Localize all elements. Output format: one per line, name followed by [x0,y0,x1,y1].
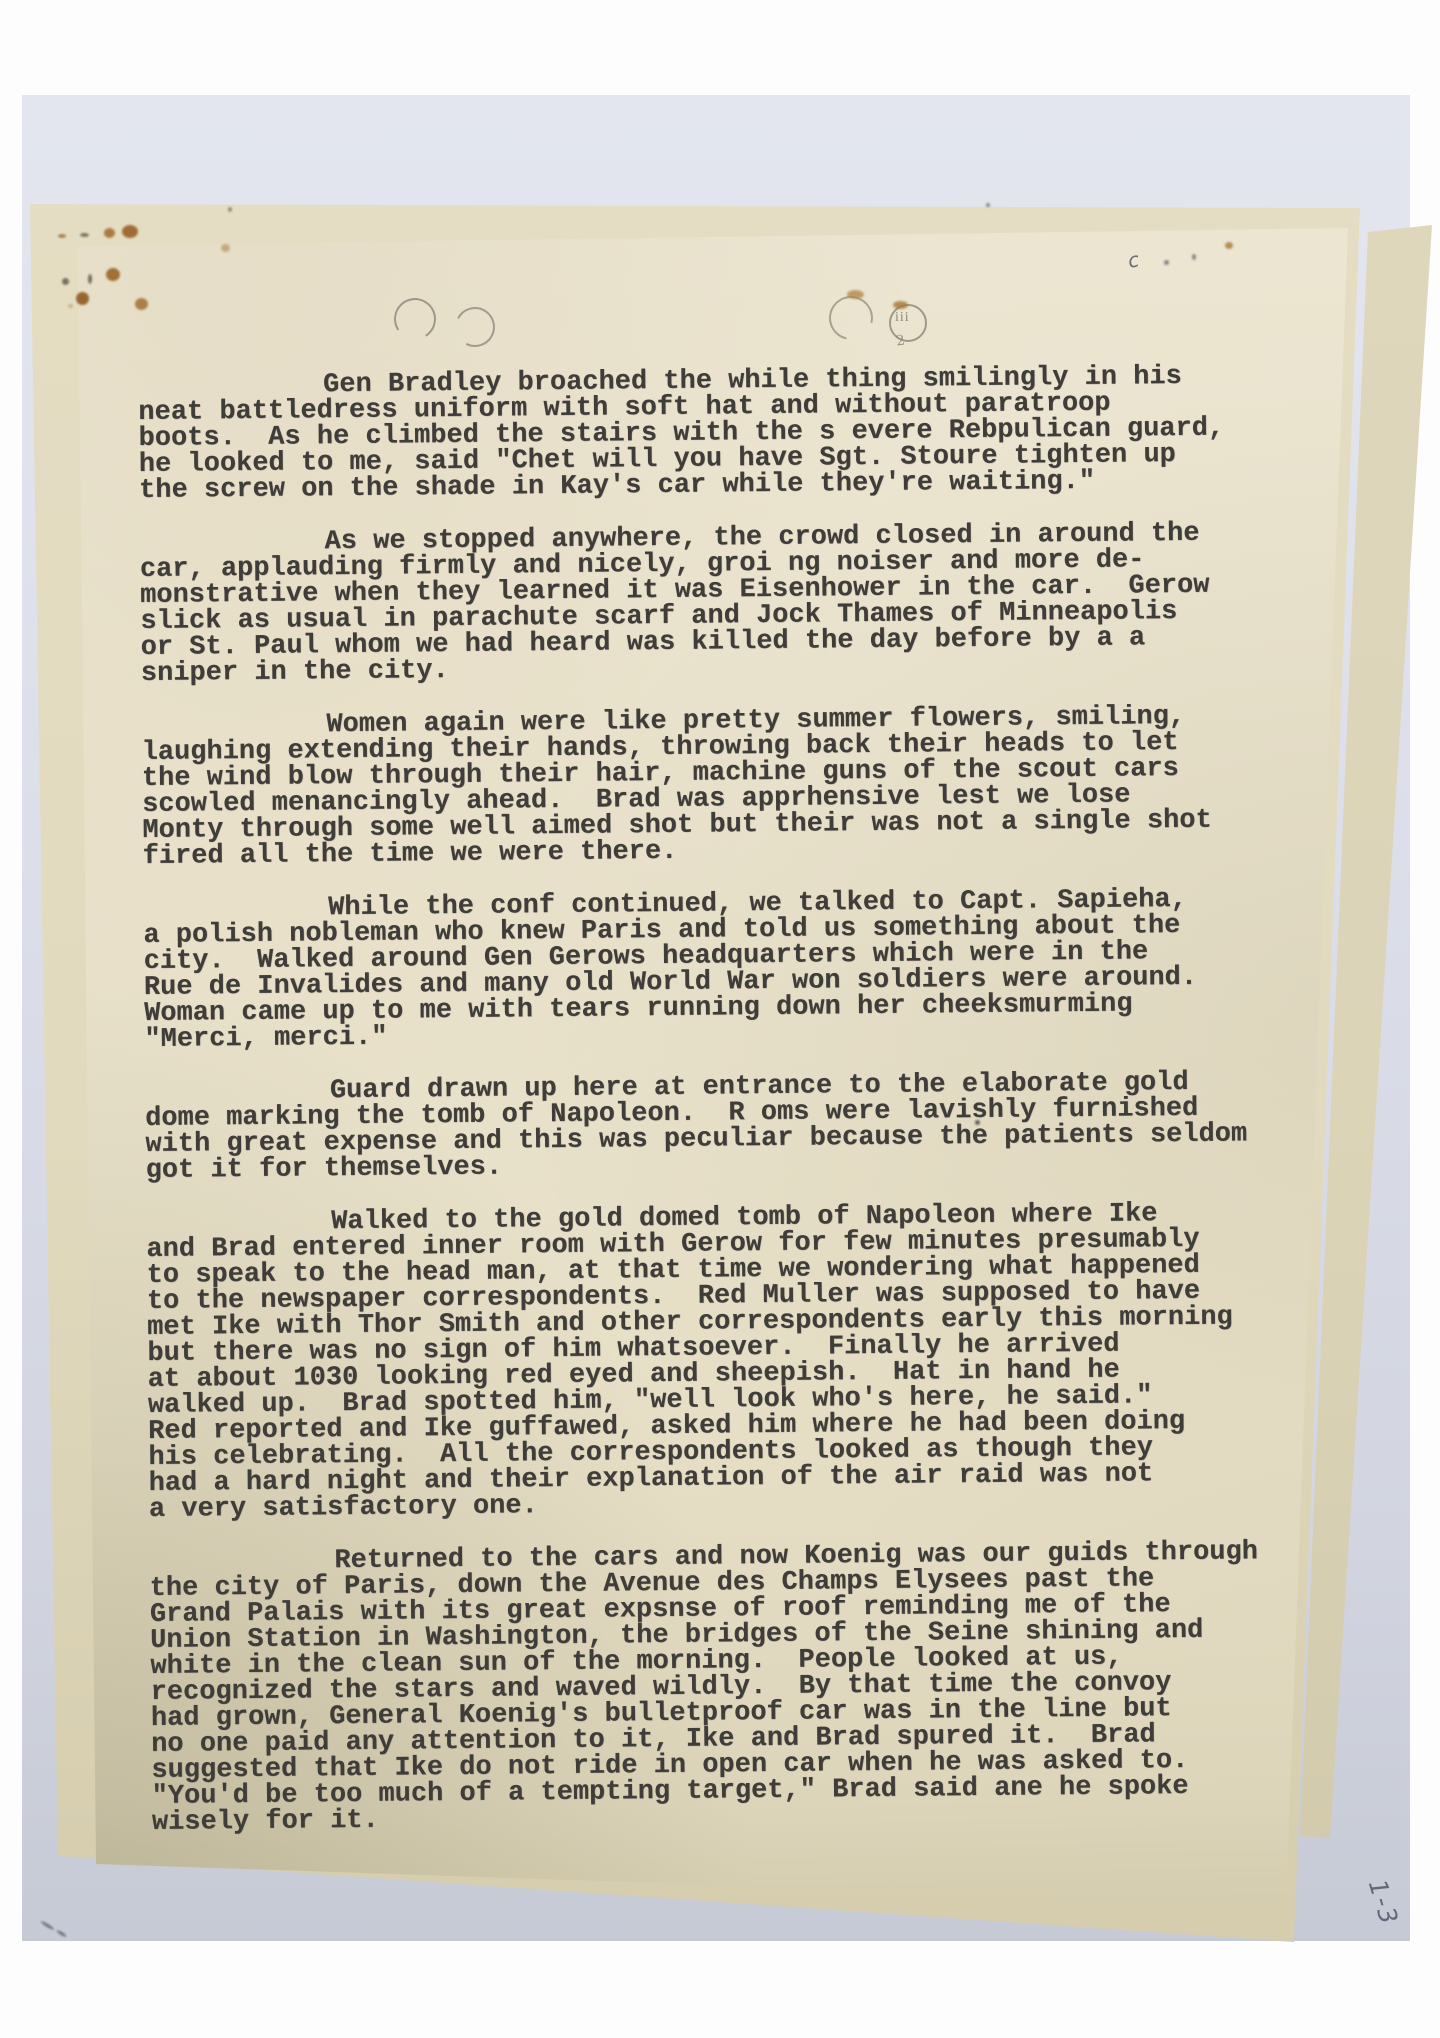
paragraph: Gen Bradley broached the while thing smi… [138,363,1279,504]
foxing-spot [122,225,138,238]
pencil-dot [1192,254,1196,260]
paragraph: While the conf continued, we talked to C… [143,886,1284,1053]
foxing-spot [1225,242,1233,249]
pencil-dot [1164,260,1169,265]
paragraph: Returned to the cars and now Koenig was … [149,1539,1292,1836]
paragraph: Walked to the gold domed tomb of Napoleo… [146,1200,1289,1523]
typed-text-block: Gen Bradley broached the while thing smi… [138,363,1292,1863]
paragraph: As we stopped anywhere, the crowd closed… [140,520,1281,687]
foxing-spot [221,244,230,252]
stamp-smudge [893,301,908,309]
paragraph: Guard drawn up here at entrance to the e… [145,1069,1286,1184]
foxing-spot [135,298,148,310]
foxing-spot [80,233,89,237]
stamp-smudge [847,290,864,299]
scanned-document-photo: iii 2 Gen Bradley broached the while thi… [0,0,1440,2038]
foxing-spot [228,207,232,212]
foxing-spot [986,203,990,207]
foxing-spot [88,274,92,284]
foxing-spot [68,304,73,308]
foxing-spot [106,268,120,281]
stamp-letters: iii [895,310,910,326]
foxing-spot [62,278,69,285]
paragraph: Women again were like pretty summer flow… [141,703,1282,870]
foxing-spot [104,228,115,238]
foxing-spot [76,292,89,305]
foxing-spot [58,234,66,238]
